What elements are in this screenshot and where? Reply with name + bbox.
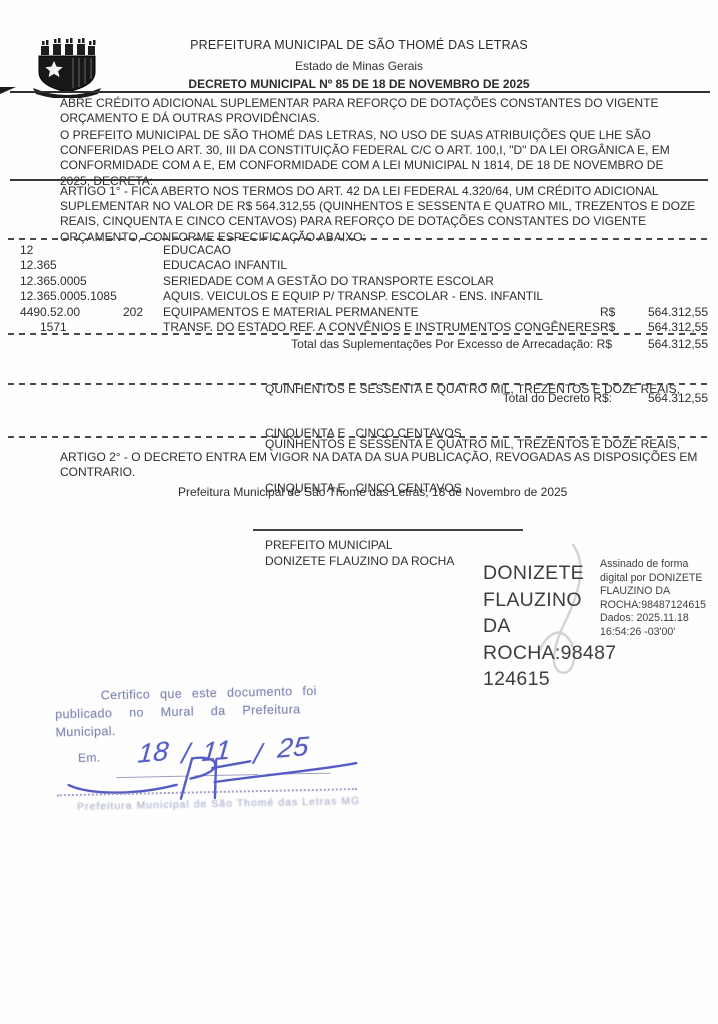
header-rule xyxy=(10,91,710,93)
budget-code: 4490.52.00 xyxy=(20,305,123,319)
publication-stamp: Certifico que este documento foi publica… xyxy=(55,683,376,826)
total-suplementacoes-value: 564.312,55 xyxy=(612,337,708,351)
dashed-separator xyxy=(8,238,710,240)
dashed-separator xyxy=(8,333,710,335)
total-decreto-line: Total do Decreto R$: 564.312,55 xyxy=(20,391,708,405)
table-row: 12.365.0005 SERIEDADE COM A GESTÃO DO TR… xyxy=(20,274,708,289)
decree-summary: ABRE CRÉDITO ADICIONAL SUPLEMENTAR PARA … xyxy=(60,96,688,126)
section-rule xyxy=(10,179,708,181)
budget-amount: 564.312,55 xyxy=(634,320,708,334)
article-2-text: ARTIGO 2° - O DECRETO ENTRA EM VIGOR NA … xyxy=(60,450,700,480)
dashed-separator xyxy=(8,436,710,438)
state-subtitle: Estado de Minas Gerais xyxy=(0,59,718,73)
document-page: PREFEITURA MUNICIPAL DE SÃO THOMÉ DAS LE… xyxy=(0,0,718,1024)
stamp-line-2: publicado no Mural da Prefeitura xyxy=(55,701,373,722)
table-row: 12.365.0005.1085 AQUIS. VEICULOS E EQUIP… xyxy=(20,289,708,304)
budget-description: EDUCACAO INFANTIL xyxy=(163,258,600,272)
dashed-separator xyxy=(8,383,710,385)
budget-description: EQUIPAMENTOS E MATERIAL PERMANENTE xyxy=(163,305,600,319)
table-row: 4490.52.00 202 EQUIPAMENTOS E MATERIAL P… xyxy=(20,305,708,320)
digital-signature-subject: DONIZETE FLAUZINO DA ROCHA:98487 124615 xyxy=(483,560,613,693)
total-suplementacoes-line: Total das Suplementações Por Excesso de … xyxy=(20,337,708,351)
budget-code: 12.365.0005 xyxy=(20,274,123,288)
table-row: 12 EDUCACAO xyxy=(20,243,708,258)
budget-table: 12 EDUCACAO 12.365 EDUCACAO INFANTIL 12.… xyxy=(20,243,708,335)
budget-description: SERIEDADE COM A GESTÃO DO TRANSPORTE ESC… xyxy=(163,274,600,288)
signer-name: DONIZETE FLAUZINO DA ROCHA xyxy=(265,554,454,568)
decree-number-line: DECRETO MUNICIPAL Nº 85 DE 18 DE NOVEMBR… xyxy=(0,77,718,91)
dateline: Prefeitura Municipal de São Thomé das Le… xyxy=(178,485,567,499)
article-1-text: ARTIGO 1° - FICA ABERTO NOS TERMOS DO AR… xyxy=(60,184,700,245)
table-row: 12.365 EDUCACAO INFANTIL xyxy=(20,258,708,273)
budget-code: 12.365.0005.1085 xyxy=(20,289,123,303)
budget-code: 12.365 xyxy=(20,258,123,272)
budget-description: EDUCACAO xyxy=(163,243,600,257)
digital-signature-details: Assinado de forma digital por DONIZETE F… xyxy=(600,558,714,640)
total-decreto-value: 564.312,55 xyxy=(612,391,708,405)
budget-amount: 564.312,55 xyxy=(634,305,708,319)
signer-role: PREFEITO MUNICIPAL xyxy=(265,538,393,552)
stamp-line-1: Certifico que este documento foi xyxy=(101,683,373,703)
total-suplementacoes-label: Total das Suplementações Por Excesso de … xyxy=(20,337,612,351)
budget-code: 1571 xyxy=(20,320,123,334)
budget-code: 12 xyxy=(20,243,123,257)
budget-description: TRANSF. DO ESTADO REF. A CONVÊNIOS E INS… xyxy=(163,320,600,334)
signature-rule xyxy=(253,529,523,531)
document-title: PREFEITURA MUNICIPAL DE SÃO THOMÉ DAS LE… xyxy=(0,38,718,52)
budget-description: AQUIS. VEICULOS E EQUIP P/ TRANSP. ESCOL… xyxy=(163,289,600,303)
total-decreto-label: Total do Decreto R$: xyxy=(20,391,612,405)
